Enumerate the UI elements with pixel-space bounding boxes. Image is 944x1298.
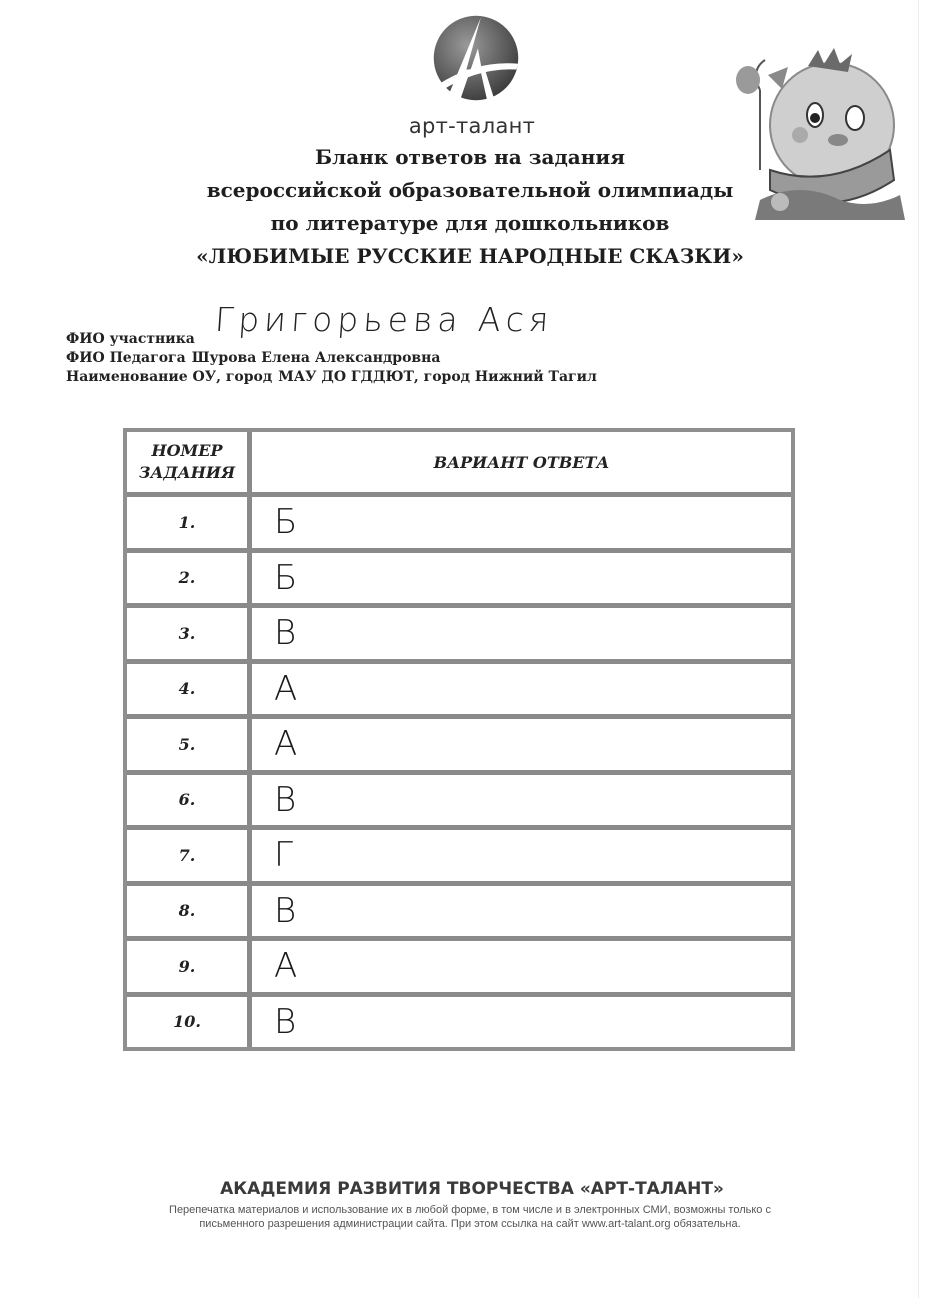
answer-handwritten: А (274, 727, 297, 761)
answer-cell[interactable]: А (252, 719, 791, 770)
answer-cell[interactable]: В (252, 775, 791, 826)
table-row: 2.Б (127, 548, 791, 604)
task-number: 4. (127, 664, 252, 715)
task-number: 3. (127, 608, 252, 659)
table-row: 5.А (127, 714, 791, 770)
answer-handwritten: Б (274, 561, 297, 595)
answer-cell[interactable]: Г (252, 830, 791, 881)
answer-handwritten: В (274, 783, 296, 817)
answer-handwritten: А (274, 949, 297, 983)
task-number: 6. (127, 775, 252, 826)
task-number: 9. (127, 941, 252, 992)
answer-cell[interactable]: Б (252, 497, 791, 548)
table-row: 7.Г (127, 825, 791, 881)
task-number: 8. (127, 886, 252, 937)
teacher-label: ФИО Педагога (66, 350, 186, 366)
footer-title: АКАДЕМИЯ РАЗВИТИЯ ТВОРЧЕСТВА «АРТ-ТАЛАНТ… (0, 1179, 944, 1199)
task-number: 5. (127, 719, 252, 770)
answer-cell[interactable]: В (252, 997, 791, 1048)
header-number-line2: ЗАДАНИЯ (139, 463, 235, 482)
task-number: 1. (127, 497, 252, 548)
header-task-number: НОМЕРЗАДАНИЯ (127, 432, 252, 492)
art-talant-logo-icon (428, 10, 524, 106)
table-row: 1.Б (127, 492, 791, 548)
organization-value: МАУ ДО ГДДЮТ, город Нижний Тагил (278, 369, 597, 385)
header-number-line1: НОМЕР (151, 441, 222, 460)
answer-handwritten: В (274, 894, 296, 928)
footer-note-line: Перепечатка материалов и использование и… (80, 1203, 860, 1217)
organization-row: Наименование ОУ, городМАУ ДО ГДДЮТ, горо… (66, 368, 597, 387)
answer-cell[interactable]: В (252, 886, 791, 937)
participant-info: ФИО участника ФИО ПедагогаШурова Елена А… (66, 330, 597, 387)
answer-handwritten: В (274, 616, 296, 650)
table-row: 4.А (127, 659, 791, 715)
table-header: НОМЕРЗАДАНИЯ ВАРИАНТ ОТВЕТА (127, 432, 791, 492)
scan-edge (918, 0, 919, 1298)
header-answer: ВАРИАНТ ОТВЕТА (252, 432, 791, 492)
answer-cell[interactable]: В (252, 608, 791, 659)
footer-note-line: письменного разрешения администрации сай… (80, 1217, 860, 1231)
answer-cell[interactable]: А (252, 941, 791, 992)
answer-handwritten: Б (274, 505, 297, 539)
organization-label: Наименование ОУ, город (66, 369, 272, 385)
task-number: 10. (127, 997, 252, 1048)
answer-handwritten: Г (274, 838, 293, 872)
table-row: 10.В (127, 992, 791, 1048)
answer-handwritten: А (274, 672, 297, 706)
answers-table: НОМЕРЗАДАНИЯ ВАРИАНТ ОТВЕТА 1.Б2.Б3.В4.А… (123, 428, 795, 1051)
footer-note: Перепечатка материалов и использование и… (80, 1203, 860, 1231)
participant-row: ФИО участника (66, 330, 597, 349)
participant-label: ФИО участника (66, 331, 195, 347)
table-row: 9.А (127, 936, 791, 992)
table-row: 8.В (127, 881, 791, 937)
teacher-value: Шурова Елена Александровна (192, 350, 441, 366)
table-row: 6.В (127, 770, 791, 826)
teacher-row: ФИО ПедагогаШурова Елена Александровна (66, 349, 597, 368)
kolobok-mascot-icon (720, 30, 910, 230)
answer-cell[interactable]: Б (252, 553, 791, 604)
title-line: «ЛЮБИМЫЕ РУССКИЕ НАРОДНЫЕ СКАЗКИ» (110, 240, 830, 273)
answer-handwritten: В (274, 1005, 296, 1039)
task-number: 7. (127, 830, 252, 881)
task-number: 2. (127, 553, 252, 604)
answer-cell[interactable]: А (252, 664, 791, 715)
table-row: 3.В (127, 603, 791, 659)
